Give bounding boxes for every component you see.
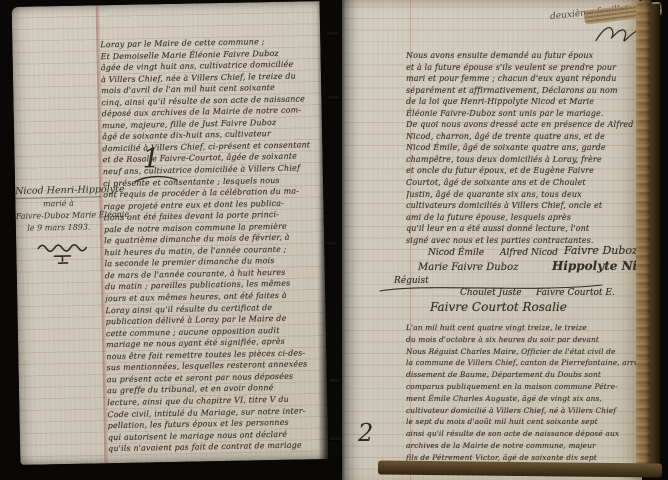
margin-note-act-1: Nicod Henri-Hippolyte marié à Faivre-Dub…: [15, 183, 102, 235]
manuscript-line: qu'il leur en a été aussi donné lecture,…: [406, 223, 638, 235]
manuscript-line: la commune de Villers Chief, canton de P…: [406, 357, 642, 369]
manuscript-line: Nous Réguist Charles Maire, Officier de …: [406, 346, 642, 358]
signature-alfred-nicod: Alfred Nicod: [500, 248, 558, 258]
manuscript-line: et oncle du futur époux, et de Eugène Fa…: [406, 165, 638, 177]
binding-stitch-icon: [329, 379, 340, 382]
manuscript-line: le sept du mois d'août mil huit cent soi…: [406, 416, 642, 428]
manuscript-line: Nicod Émile, âgé de soixante quatre ans,…: [406, 142, 638, 154]
binding-stitch-icon: [328, 96, 339, 99]
manuscript-line: séparément et affirmativement, Déclarons…: [406, 85, 638, 97]
manuscript-line: Courtot, âgé de soixante ans et de Choul…: [406, 177, 638, 189]
act-number-2: 2: [358, 420, 373, 446]
page-stack-bottom-edge: [378, 461, 662, 478]
manuscript-line: comparus publiquement en la maison commu…: [406, 381, 642, 393]
manuscript-line: et à la future épouse s'ils veulent se p…: [406, 62, 638, 74]
signature-faivre-courtot-rosalie: Faivre Courtot Rosalie: [430, 300, 567, 314]
manuscript-line: ainsi qu'il résulte de son acte de naiss…: [406, 428, 642, 440]
manuscript-line: Éléonie Faivre-Duboz sont unis par le ma…: [406, 108, 638, 120]
book-fore-edge-shadow: [650, 4, 660, 472]
signature-nicod-emile: Nicod Émile: [428, 248, 484, 258]
registry-book-scan: 1 Nicod Henri-Hippolyte marié à Faivre-D…: [0, 0, 668, 480]
manuscript-line: champêtre, tous deux domiciliés à Loray,…: [406, 154, 638, 166]
binding-stitch-icon: [330, 437, 341, 440]
right-page-act1-text: Nous avons ensuite demandé au futur épou…: [406, 50, 638, 248]
right-page-act2-text: L'an mil huit cent quatre vingt treize, …: [406, 322, 642, 466]
manuscript-line: ami de la future épouse, lesquels après: [406, 212, 638, 224]
manuscript-line: cultivateurs domiciliés à Villers Chief,…: [406, 200, 638, 212]
manuscript-line: du mois d'octobre à six heures du soir p…: [406, 334, 642, 346]
left-page: 1 Nicod Henri-Hippolyte marié à Faivre-D…: [12, 1, 329, 465]
manuscript-line: dissement de Baume, Département du Doubs…: [406, 369, 642, 381]
manuscript-line: archives de la Mairie de notre commune, …: [406, 440, 642, 452]
manuscript-line: De quoi nous avons dressé acte en présen…: [406, 119, 638, 131]
signature-marie-faivre-duboz: Marie Faivre Duboz: [418, 262, 518, 273]
binding-stitch-icon: [325, 242, 336, 245]
manuscript-line: Nicod, charron, âgé de trente quatre ans…: [406, 131, 638, 143]
manuscript-line: Justin, âgé de quarante six ans, tous de…: [406, 189, 638, 201]
manuscript-line: L'an mil huit cent quatre vingt treize, …: [406, 322, 642, 334]
left-page-act-text: Loray par le Maire de cette commune ;Et …: [100, 35, 332, 459]
manuscript-line: mari et pour femme ; chacun d'eux ayant …: [406, 73, 638, 85]
signature-choulet-juste: Choulet Juste: [460, 288, 522, 298]
manuscript-line: cultivateur domicilié à Villers Chief, n…: [406, 405, 642, 417]
manuscript-line: Nous avons ensuite demandé au futur épou…: [406, 50, 638, 62]
margin-note-date: le 9 mars 1893.: [16, 221, 102, 235]
manuscript-line: de la loi que Henri-Hippolyte Nicod et M…: [406, 96, 638, 108]
margin-flourish-icon: [34, 241, 92, 268]
signature-faivre-duboz: Faivre Duboz: [564, 244, 638, 257]
binding-stitch-icon: [327, 32, 338, 35]
signature-faivre-courtot-e: Faivre Courtot E.: [536, 288, 615, 298]
right-page: deuxième feuillet Nous avons ensuite dem…: [342, 0, 642, 480]
book-gutter-shadow: [318, 0, 346, 480]
manuscript-line: ment Émile Charles Auguste, âgé de vingt…: [406, 393, 642, 405]
